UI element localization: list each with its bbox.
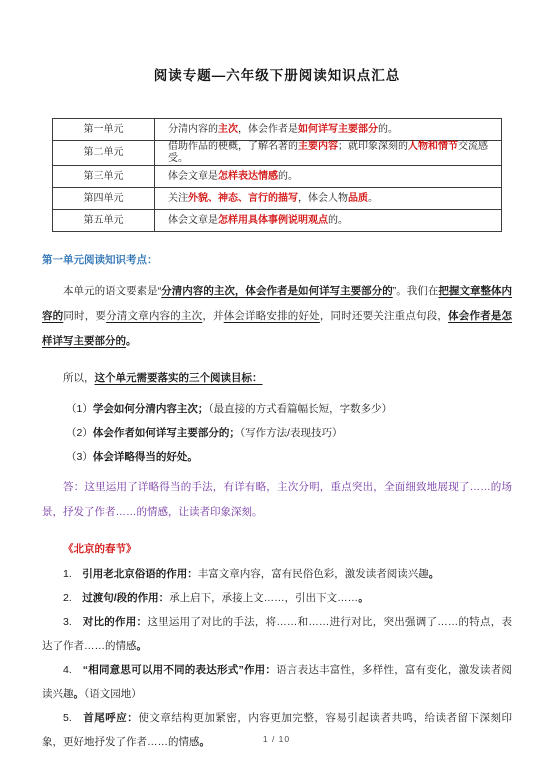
text-segment: 怎样表达情感 [218, 171, 278, 182]
unit-description-cell: 体会文章是怎样表达情感的。 [155, 166, 502, 188]
document-page: 阅读专题—六年级下册阅读知识点汇总 第一单元分清内容的主次，体会作者是如何详写主… [0, 0, 553, 782]
unit-description-cell: 分清内容的主次，体会作者是如何详写主要部分的。 [155, 119, 502, 141]
unit-description-cell: 关注外貌、神态、言行的描写，体会人物品质。 [155, 188, 502, 210]
unit-name-cell: 第五单元 [53, 210, 155, 232]
unit-name-cell: 第三单元 [53, 166, 155, 188]
text-segment: 体会文章是 [168, 215, 218, 226]
point-item-5: 5. 首尾呼应：使文章结构更加紧密，内容更加完整，容易引起读者共鸣，给读者留下深… [42, 706, 512, 754]
model-answer: 答：这里运用了详略得当的手法，有详有略，主次分明，重点突出，全面细致地展现了……… [42, 475, 512, 525]
reading-goals-intro: 所以，这个单元需要落实的三个阅读目标： [42, 366, 512, 391]
text-segment: 体会详略得当的好处。 [93, 451, 198, 463]
text-segment: ”。我们在 [393, 285, 439, 297]
text-segment: 借助作品的梗概，了解名著的 [168, 141, 298, 152]
text-segment: 分清文章内容的主次 [106, 310, 202, 322]
text-segment: 5. [63, 712, 83, 724]
goal-item-1: （1）学会如何分清内容主次；（最直接的方式看篇幅长短，字数多少） [42, 397, 512, 421]
text-segment: （2） [66, 427, 93, 439]
point-item-4: 4. “相同意思可以用不同的表达形式”作用：语言表达丰富性，多样性，富有变化，激… [42, 658, 512, 706]
table-row: 第一单元分清内容的主次，体会作者是如何详写主要部分的。 [53, 119, 502, 141]
text-segment: 的。 [278, 171, 298, 182]
text-segment: 同时，要 [63, 310, 106, 322]
text-segment: 主要内容 [298, 141, 338, 152]
text-segment: 分清内容的主次，体会作者是如何详写主要部分的 [161, 285, 393, 297]
text-segment: 这个单元需要落实的三个阅读目标： [95, 372, 263, 384]
text-segment: 丰富文章内容，富有民俗色彩，激发读者阅读兴趣 [198, 568, 429, 580]
unit-name-cell: 第一单元 [53, 119, 155, 141]
text-segment: ；就印象深刻的 [338, 141, 408, 152]
table-row: 第四单元关注外貌、神态、言行的描写，体会人物品质。 [53, 188, 502, 210]
text-segment: （最直接的方式看篇幅长短，字数多少） [208, 403, 392, 415]
text-segment: 的。 [378, 124, 398, 135]
text-segment: ，并 [202, 310, 223, 322]
page-title: 阅读专题—六年级下册阅读知识点汇总 [42, 64, 512, 84]
text-segment: 首尾呼应： [83, 712, 138, 724]
text-segment: 2. [63, 592, 82, 604]
text-segment: 。 [74, 688, 85, 700]
text-segment: 1. [63, 568, 82, 580]
document-body: 第一单元阅读知识考点：本单元的语文要素是“分清内容的主次，体会作者是如何详写主要… [42, 248, 512, 754]
text-segment: 体会文章是 [168, 171, 218, 182]
unit-name-cell: 第二单元 [53, 141, 155, 166]
text-segment: 体会作者如何详写主要部分的； [93, 427, 240, 439]
text-segment: 分清内容的 [168, 124, 218, 135]
text-segment: 品质 [348, 193, 368, 204]
text-segment: （写作方法/表现技巧） [240, 427, 343, 439]
table-row: 第三单元体会文章是怎样表达情感的。 [53, 166, 502, 188]
text-segment: 第一单元阅读知识考点： [42, 254, 158, 266]
lesson-title-beijing-spring-festival: 《北京的春节》 [42, 537, 512, 562]
document-content: 阅读专题—六年级下册阅读知识点汇总 第一单元分清内容的主次，体会作者是如何详写主… [0, 64, 553, 754]
text-segment: 所以， [63, 372, 95, 384]
text-segment: 引用老北京俗语的作用： [82, 568, 198, 580]
text-segment: 本单元的语文要素是“ [63, 285, 161, 297]
text-segment: 过渡句/段的作用： [82, 592, 169, 604]
text-segment: 。 [368, 193, 378, 204]
text-segment: 3. [63, 616, 83, 628]
unit-description-cell: 借助作品的梗概，了解名著的主要内容；就印象深刻的人物和情节交流感受。 [155, 141, 502, 166]
text-segment: 。 [429, 568, 440, 580]
text-segment: 。 [126, 335, 137, 347]
text-segment: （3） [66, 451, 93, 463]
goal-item-3: （3）体会详略得当的好处。 [42, 445, 512, 469]
text-segment: ，体会人物 [298, 193, 348, 204]
text-segment: 关注 [168, 193, 188, 204]
section-heading-unit1: 第一单元阅读知识考点： [42, 248, 512, 273]
text-segment: “相同意思可以用不同的表达形式”作用： [83, 664, 276, 676]
text-segment: 学会如何分清内容主次； [93, 403, 209, 415]
text-segment: 承上启下，承接上文……，引出下文…… [169, 592, 358, 604]
text-segment: ，体会作者是 [238, 124, 298, 135]
text-segment: 人物和情节 [408, 141, 458, 152]
unit-description-cell: 体会文章是怎样用具体事例说明观点的。 [155, 210, 502, 232]
text-segment: 体会详略安排的好处 [224, 310, 320, 322]
text-segment: 对比的作用： [83, 616, 148, 628]
table-row: 第五单元体会文章是怎样用具体事例说明观点的。 [53, 210, 502, 232]
text-segment: ，同时还要关注重点句段， [320, 310, 448, 322]
table-row: 第二单元借助作品的梗概，了解名著的主要内容；就印象深刻的人物和情节交流感受。 [53, 141, 502, 166]
text-segment: 《北京的春节》 [63, 543, 137, 555]
text-segment: 如何详写主要部分 [298, 124, 378, 135]
text-segment: 答：这里运用了详略得当的手法，有详有略，主次分明，重点突出，全面细致地展现了……… [42, 481, 512, 518]
text-segment: 外貌、神态、言行的描写 [188, 193, 298, 204]
point-item-1: 1. 引用老北京俗语的作用：丰富文章内容，富有民俗色彩，激发读者阅读兴趣。 [42, 562, 512, 586]
text-segment: 。 [358, 592, 369, 604]
unit1-elements-paragraph: 本单元的语文要素是“分清内容的主次，体会作者是如何详写主要部分的”。我们在把握文… [42, 279, 512, 354]
goal-item-2: （2）体会作者如何详写主要部分的；（写作方法/表现技巧） [42, 421, 512, 445]
text-segment: 怎样用具体事例说明观点 [218, 215, 328, 226]
units-table-body: 第一单元分清内容的主次，体会作者是如何详写主要部分的。第二单元借助作品的梗概，了… [53, 119, 502, 232]
units-overview-table: 第一单元分清内容的主次，体会作者是如何详写主要部分的。第二单元借助作品的梗概，了… [52, 118, 502, 232]
text-segment: 。 [137, 640, 148, 652]
text-segment: 的。 [328, 215, 348, 226]
point-item-3: 3. 对比的作用：这里运用了对比的手法，将……和……进行对比，突出强调了……的特… [42, 610, 512, 658]
text-segment: （语文园地） [84, 688, 142, 700]
text-segment: 主次 [218, 124, 238, 135]
text-segment: （1） [66, 403, 93, 415]
text-segment: 4. [63, 664, 83, 676]
page-number: 1 / 10 [0, 734, 553, 744]
unit-name-cell: 第四单元 [53, 188, 155, 210]
point-item-2: 2. 过渡句/段的作用：承上启下，承接上文……，引出下文……。 [42, 586, 512, 610]
